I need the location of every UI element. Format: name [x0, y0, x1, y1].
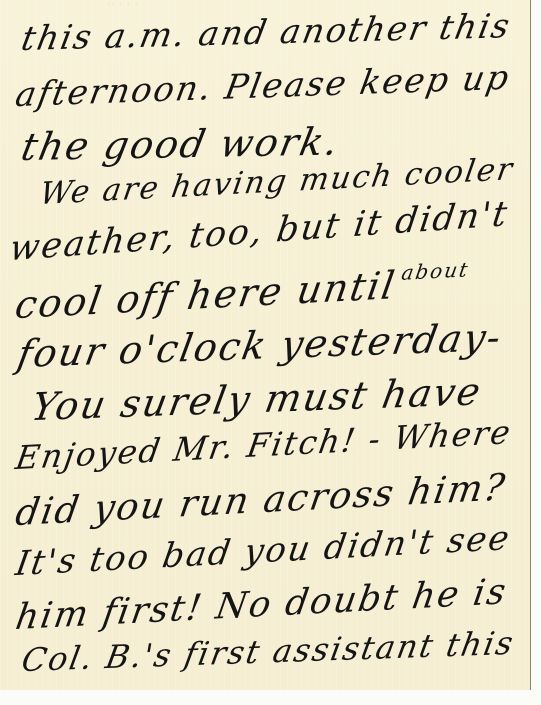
handwritten-line-2: afternoon. Please keep up	[13, 61, 513, 112]
handwritten-line-6: cool off here untilabout	[13, 259, 471, 324]
handwritten-line-7: four o'clock yesterday-	[15, 318, 506, 373]
scan-right-margin	[531, 0, 541, 705]
handwritten-line-3: the good work.	[18, 122, 343, 166]
handwritten-line-1: this a.m. and another this	[19, 9, 514, 55]
faint-mark: ·· · · ·	[108, 2, 139, 9]
line-6-superscript: about	[400, 257, 471, 285]
scan-bottom-margin	[0, 690, 541, 705]
handwritten-line-13: Col. B.'s first assistant this	[19, 628, 517, 677]
letter-page: ·· · · · this a.m. and another this afte…	[0, 0, 531, 690]
line-6-text: cool off here until	[12, 263, 399, 327]
